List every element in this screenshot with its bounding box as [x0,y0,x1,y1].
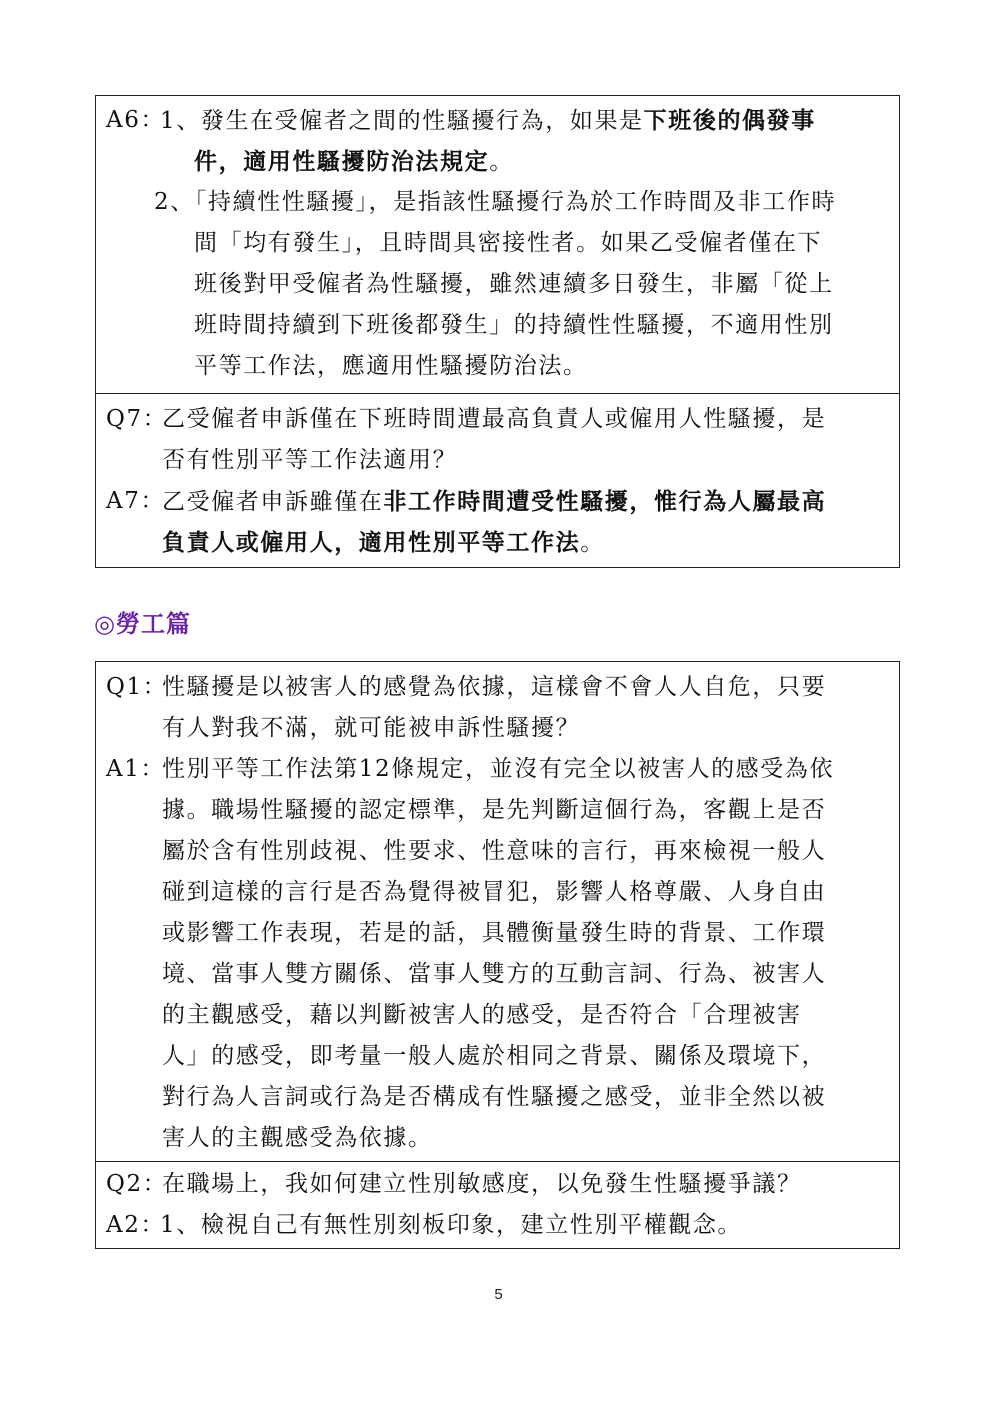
a6-item1-text: 1、發生在受僱者之間的性騷擾行為，如果是下班後的偶發事 [160,100,816,142]
a7-text-cont: 負責人或僱用人，適用性別平等工作法。 [162,522,605,564]
a1-line: 對行為人言詞或行為是否構成有性騷擾之感受，並非全然以被 [96,1077,899,1118]
a1-line: 的主觀感受，藉以判斷被害人的感受，是否符合「合理被害 [96,995,899,1036]
a1-line: 害人的主觀感受為依據。 [96,1118,899,1159]
a1-label: A1： [106,749,165,790]
q2-label: Q2： [106,1164,167,1205]
a6-label: A6： [106,100,165,141]
a6-item2-line: 班後對甲受僱者為性騷擾，雖然連續多日發生，非屬「從上 [194,264,834,305]
a7-line-2: 負責人或僱用人，適用性別平等工作法。 [96,522,899,563]
answer-a6: A6： 1、發生在受僱者之間的性騷擾行為，如果是下班後的偶發事 件，適用性騷擾防… [96,96,899,394]
a6-item1-bold-cont: 件，適用性騷擾防治法規定 [194,148,489,175]
a1-line: 或影響工作表現，若是的話，具體衡量發生時的背景、工作環 [96,913,899,954]
q1-text-cont: 有人對我不滿，就可能被申訴性騷擾？ [162,708,580,749]
q1-label: Q1： [106,667,167,708]
a6-line-2: 件，適用性騷擾防治法規定。 [96,141,899,182]
a1-text-cont: 碰到這樣的言行是否為覺得被冒犯，影響人格尊嚴、人身自由 [162,872,826,913]
qa-q1-a1: Q1： 性騷擾是以被害人的感覺為依據，這樣會不會人人自危，只要 有人對我不滿，就… [96,662,899,1162]
a6-item1-cont: 件，適用性騷擾防治法規定。 [194,141,514,183]
q1-text: 性騷擾是以被害人的感覺為依據，這樣會不會人人自危，只要 [162,667,826,708]
a1-text-cont: 據。職場性騷擾的認定標準，是先判斷這個行為，客觀上是否 [162,790,826,831]
a6-item2-line-2: 間「均有發生」，且時間具密接性者。如果乙受僱者僅在下 [96,223,899,264]
a6-item2-number: 2、 [154,189,195,215]
q7-line-2: 否有性別平等工作法適用？ [96,440,899,481]
a1-text: 性別平等工作法第12條規定，並沒有完全以被害人的感受為依 [162,749,834,790]
a1-text-cont: 境、當事人雙方關係、當事人雙方的互動言詞、行為、被害人 [162,954,826,995]
page-number: 5 [0,1286,997,1303]
a2-text: 1、檢視自己有無性別刻板印象，建立性別平權觀念。 [160,1205,742,1246]
a1-line: 碰到這樣的言行是否為覺得被冒犯，影響人格尊嚴、人身自由 [96,872,899,913]
a1-text-cont: 對行為人言詞或行為是否構成有性騷擾之感受，並非全然以被 [162,1077,826,1118]
a6-item2-line-3: 班後對甲受僱者為性騷擾，雖然連續多日發生，非屬「從上 [96,264,899,305]
a1-line: 屬於含有性別歧視、性要求、性意味的言行，再來檢視一般人 [96,831,899,872]
a6-item2-line-1: 2、「持續性性騷擾」，是指該性騷擾行為於工作時間及非工作時 [96,182,899,223]
section-heading-labor: ◎勞工篇 [94,604,191,639]
q2-line: Q2： 在職場上，我如何建立性別敏感度，以免發生性騷擾爭議？ [96,1164,899,1205]
q7-label: Q7： [106,399,167,440]
q2-text: 在職場上，我如何建立性別敏感度，以免發生性騷擾爭議？ [162,1164,802,1205]
a7-line-1: A7： 乙受僱者申訴雖僅在非工作時間遭受性騷擾，惟行為人屬最高 [96,481,899,522]
a7-bold-cont: 負責人或僱用人，適用性別平等工作法 [162,529,580,556]
q7-line-1: Q7： 乙受僱者申訴僅在下班時間遭最高負責人或僱用人性騷擾，是 [96,399,899,440]
qa-box-employer-continued: A6： 1、發生在受僱者之間的性騷擾行為，如果是下班後的偶發事 件，適用性騷擾防… [95,95,900,568]
a1-text-cont: 的主觀感受，藉以判斷被害人的感受，是否符合「合理被害 [162,995,802,1036]
a2-line: A2： 1、檢視自己有無性別刻板印象，建立性別平權觀念。 [96,1205,899,1246]
a1-text-cont: 害人的主觀感受為依據。 [162,1118,433,1159]
a6-item2-line-4: 班時間持續到下班後都發生」的持續性性騷擾，不適用性別 [96,305,899,346]
a7-text: 乙受僱者申訴雖僅在非工作時間遭受性騷擾，惟行為人屬最高 [162,481,826,523]
a1-text-cont: 人」的感受，即考量一般人處於相同之背景、關係及環境下， [162,1036,826,1077]
a7-end: 。 [580,530,605,556]
a6-item1-end: 。 [489,149,514,175]
a1-line: 境、當事人雙方關係、當事人雙方的互動言詞、行為、被害人 [96,954,899,995]
a1-line: 人」的感受，即考量一般人處於相同之背景、關係及環境下， [96,1036,899,1077]
a6-item2-line: 間「均有發生」，且時間具密接性者。如果乙受僱者僅在下 [194,223,822,264]
qa-q2-a2: Q2： 在職場上，我如何建立性別敏感度，以免發生性騷擾爭議？ A2： 1、檢視自… [96,1162,899,1248]
a7-bold: 非工作時間遭受性騷擾，惟行為人屬最高 [383,488,826,515]
a6-item2-text: 2、「持續性性騷擾」，是指該性騷擾行為於工作時間及非工作時 [154,182,836,223]
qa-q7-a7: Q7： 乙受僱者申訴僅在下班時間遭最高負責人或僱用人性騷擾，是 否有性別平等工作… [96,394,899,567]
a6-item1-number: 1、 [160,108,201,134]
a6-line-1: A6： 1、發生在受僱者之間的性騷擾行為，如果是下班後的偶發事 [96,100,899,141]
a6-item1-bold: 下班後的偶發事 [644,107,816,134]
a6-item2-line: 班時間持續到下班後都發生」的持續性性騷擾，不適用性別 [194,305,834,346]
a6-item2-line: 「持續性性騷擾」，是指該性騷擾行為於工作時間及非工作時 [195,189,836,215]
a7-plain: 乙受僱者申訴雖僅在 [162,489,383,515]
a1-line-1: A1： 性別平等工作法第12條規定，並沒有完全以被害人的感受為依 [96,749,899,790]
q7-text: 乙受僱者申訴僅在下班時間遭最高負責人或僱用人性騷擾，是 [162,399,826,440]
a2-label: A2： [106,1205,165,1246]
a1-line: 據。職場性騷擾的認定標準，是先判斷這個行為，客觀上是否 [96,790,899,831]
a6-item2-line-5: 平等工作法，應適用性騷擾防治法。 [96,346,899,387]
a1-text-cont: 屬於含有性別歧視、性要求、性意味的言行，再來檢視一般人 [162,831,826,872]
a6-item1-plain: 發生在受僱者之間的性騷擾行為，如果是 [201,108,644,134]
a7-label: A7： [106,481,165,522]
q1-line-2: 有人對我不滿，就可能被申訴性騷擾？ [96,708,899,749]
a1-text-cont: 或影響工作表現，若是的話，具體衡量發生時的背景、工作環 [162,913,826,954]
q1-line-1: Q1： 性騷擾是以被害人的感覺為依據，這樣會不會人人自危，只要 [96,667,899,708]
qa-box-labor: Q1： 性騷擾是以被害人的感覺為依據，這樣會不會人人自危，只要 有人對我不滿，就… [95,661,900,1249]
q7-text-cont: 否有性別平等工作法適用？ [162,440,457,481]
a6-item2-line: 平等工作法，應適用性騷擾防治法。 [194,346,588,387]
